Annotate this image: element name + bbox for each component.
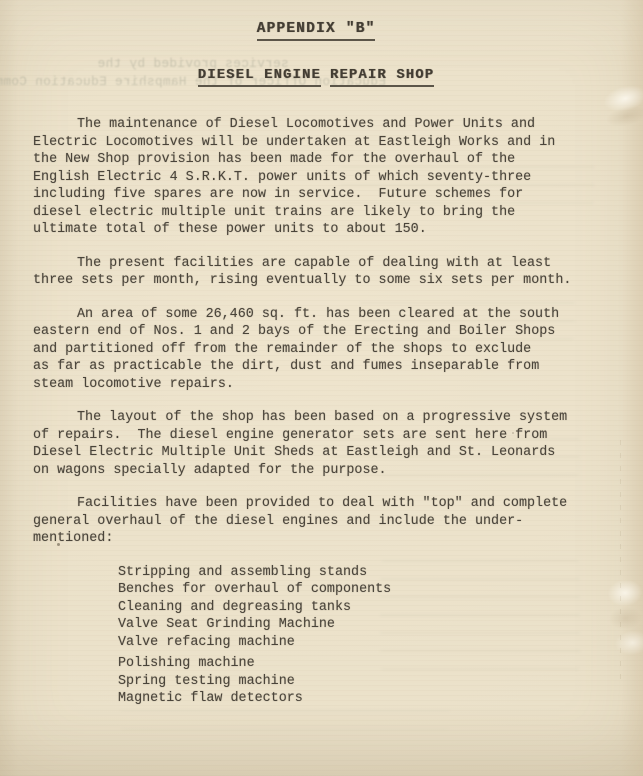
equipment-item: Spring testing machine [118, 673, 599, 691]
title-row: APPENDIX "B" [33, 19, 599, 41]
paragraph-maintenance: The maintenance of Diesel Locomotives an… [33, 116, 599, 239]
equipment-item: Benches for overhaul of components [118, 581, 599, 599]
section-title: DIESEL ENGINEREPAIR SHOP [33, 65, 599, 87]
section-title-part-1: DIESEL ENGINE [198, 68, 321, 87]
equipment-item: Valve Seat Grinding Machine [118, 616, 599, 634]
paragraph-shop-layout: The layout of the shop has been based on… [33, 409, 599, 479]
equipment-item: Cleaning and degreasing tanks [118, 599, 599, 617]
page-title: APPENDIX "B" [257, 21, 376, 41]
paragraph-facilities-capacity: The present facilities are capable of de… [33, 255, 599, 290]
scanned-document-page: services provided by the Education Offic… [0, 0, 643, 776]
equipment-item: Polishing machine [118, 655, 599, 673]
equipment-item: Valve refacing machine [118, 634, 599, 652]
equipment-item: Magnetic flaw detectors [118, 690, 599, 708]
section-title-part-2: REPAIR SHOP [330, 68, 434, 87]
equipment-list: Stripping and assembling stands Benches … [118, 564, 599, 708]
paper-fold-line [620, 440, 621, 680]
equipment-item: Stripping and assembling stands [118, 564, 599, 582]
paragraph-area-cleared: An area of some 26,460 sq. ft. has been … [33, 306, 599, 394]
document-content: APPENDIX "B" DIESEL ENGINEREPAIR SHOP Th… [33, 0, 599, 708]
paragraph-facilities-provided: Facilities have been provided to deal wi… [33, 495, 599, 548]
